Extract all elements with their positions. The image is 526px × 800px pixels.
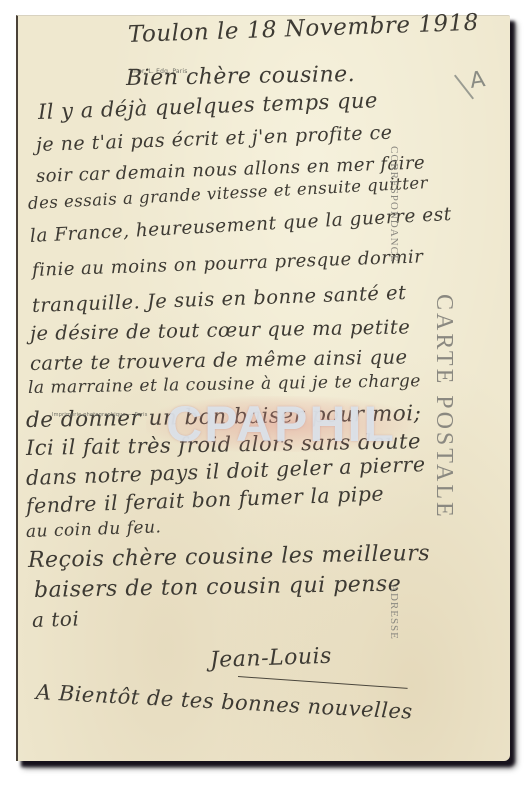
letter-line-7: tranquille. Je suis en bonne santé et — [32, 281, 407, 317]
signature-underline — [238, 676, 408, 689]
tiny-imprint: Imprimerie photographique — Paris — [52, 412, 148, 418]
salutation: Bien chère cousine. — [126, 62, 356, 91]
letter-line-17: baisers de ton cousin qui pense — [34, 572, 402, 603]
postscript: A Bientôt de tes bonnes nouvelles — [35, 680, 413, 724]
watermark: CPAPHIL — [146, 396, 416, 452]
postcard-back: Toulon le 18 Novembre 1918 Impr. L. Edg.… — [16, 15, 510, 761]
letter-line-2: je ne t'ai pas écrit et j'en profite ce — [36, 122, 393, 156]
signature: Jean-Louis — [210, 644, 333, 673]
letter-line-15: au coin du feu. — [26, 517, 162, 542]
letter-line-6: finie au moins on pourra presque dormir — [32, 246, 424, 281]
printed-correspondance: CORRESPONDANCE — [388, 146, 400, 263]
letter-line-9: carte te trouvera de même ainsi que — [30, 345, 408, 375]
letter-line-10: la marraine et la cousine à qui je te ch… — [28, 371, 421, 398]
letter-line-1: Il y a déjà quelques temps que — [38, 88, 379, 124]
corner-mark: A — [468, 67, 486, 94]
letter-line-16: Reçois chère cousine les meilleurs — [28, 541, 430, 573]
printed-adresse: ADRESSE — [388, 584, 400, 640]
letter-line-8: je désire de tout cœur que ma petite — [30, 315, 411, 345]
printed-carte-postale: CARTE POSTALE — [430, 294, 457, 520]
letter-line-18: a toi — [32, 606, 80, 632]
dateline: Toulon le 18 Novembre 1918 — [128, 10, 480, 48]
